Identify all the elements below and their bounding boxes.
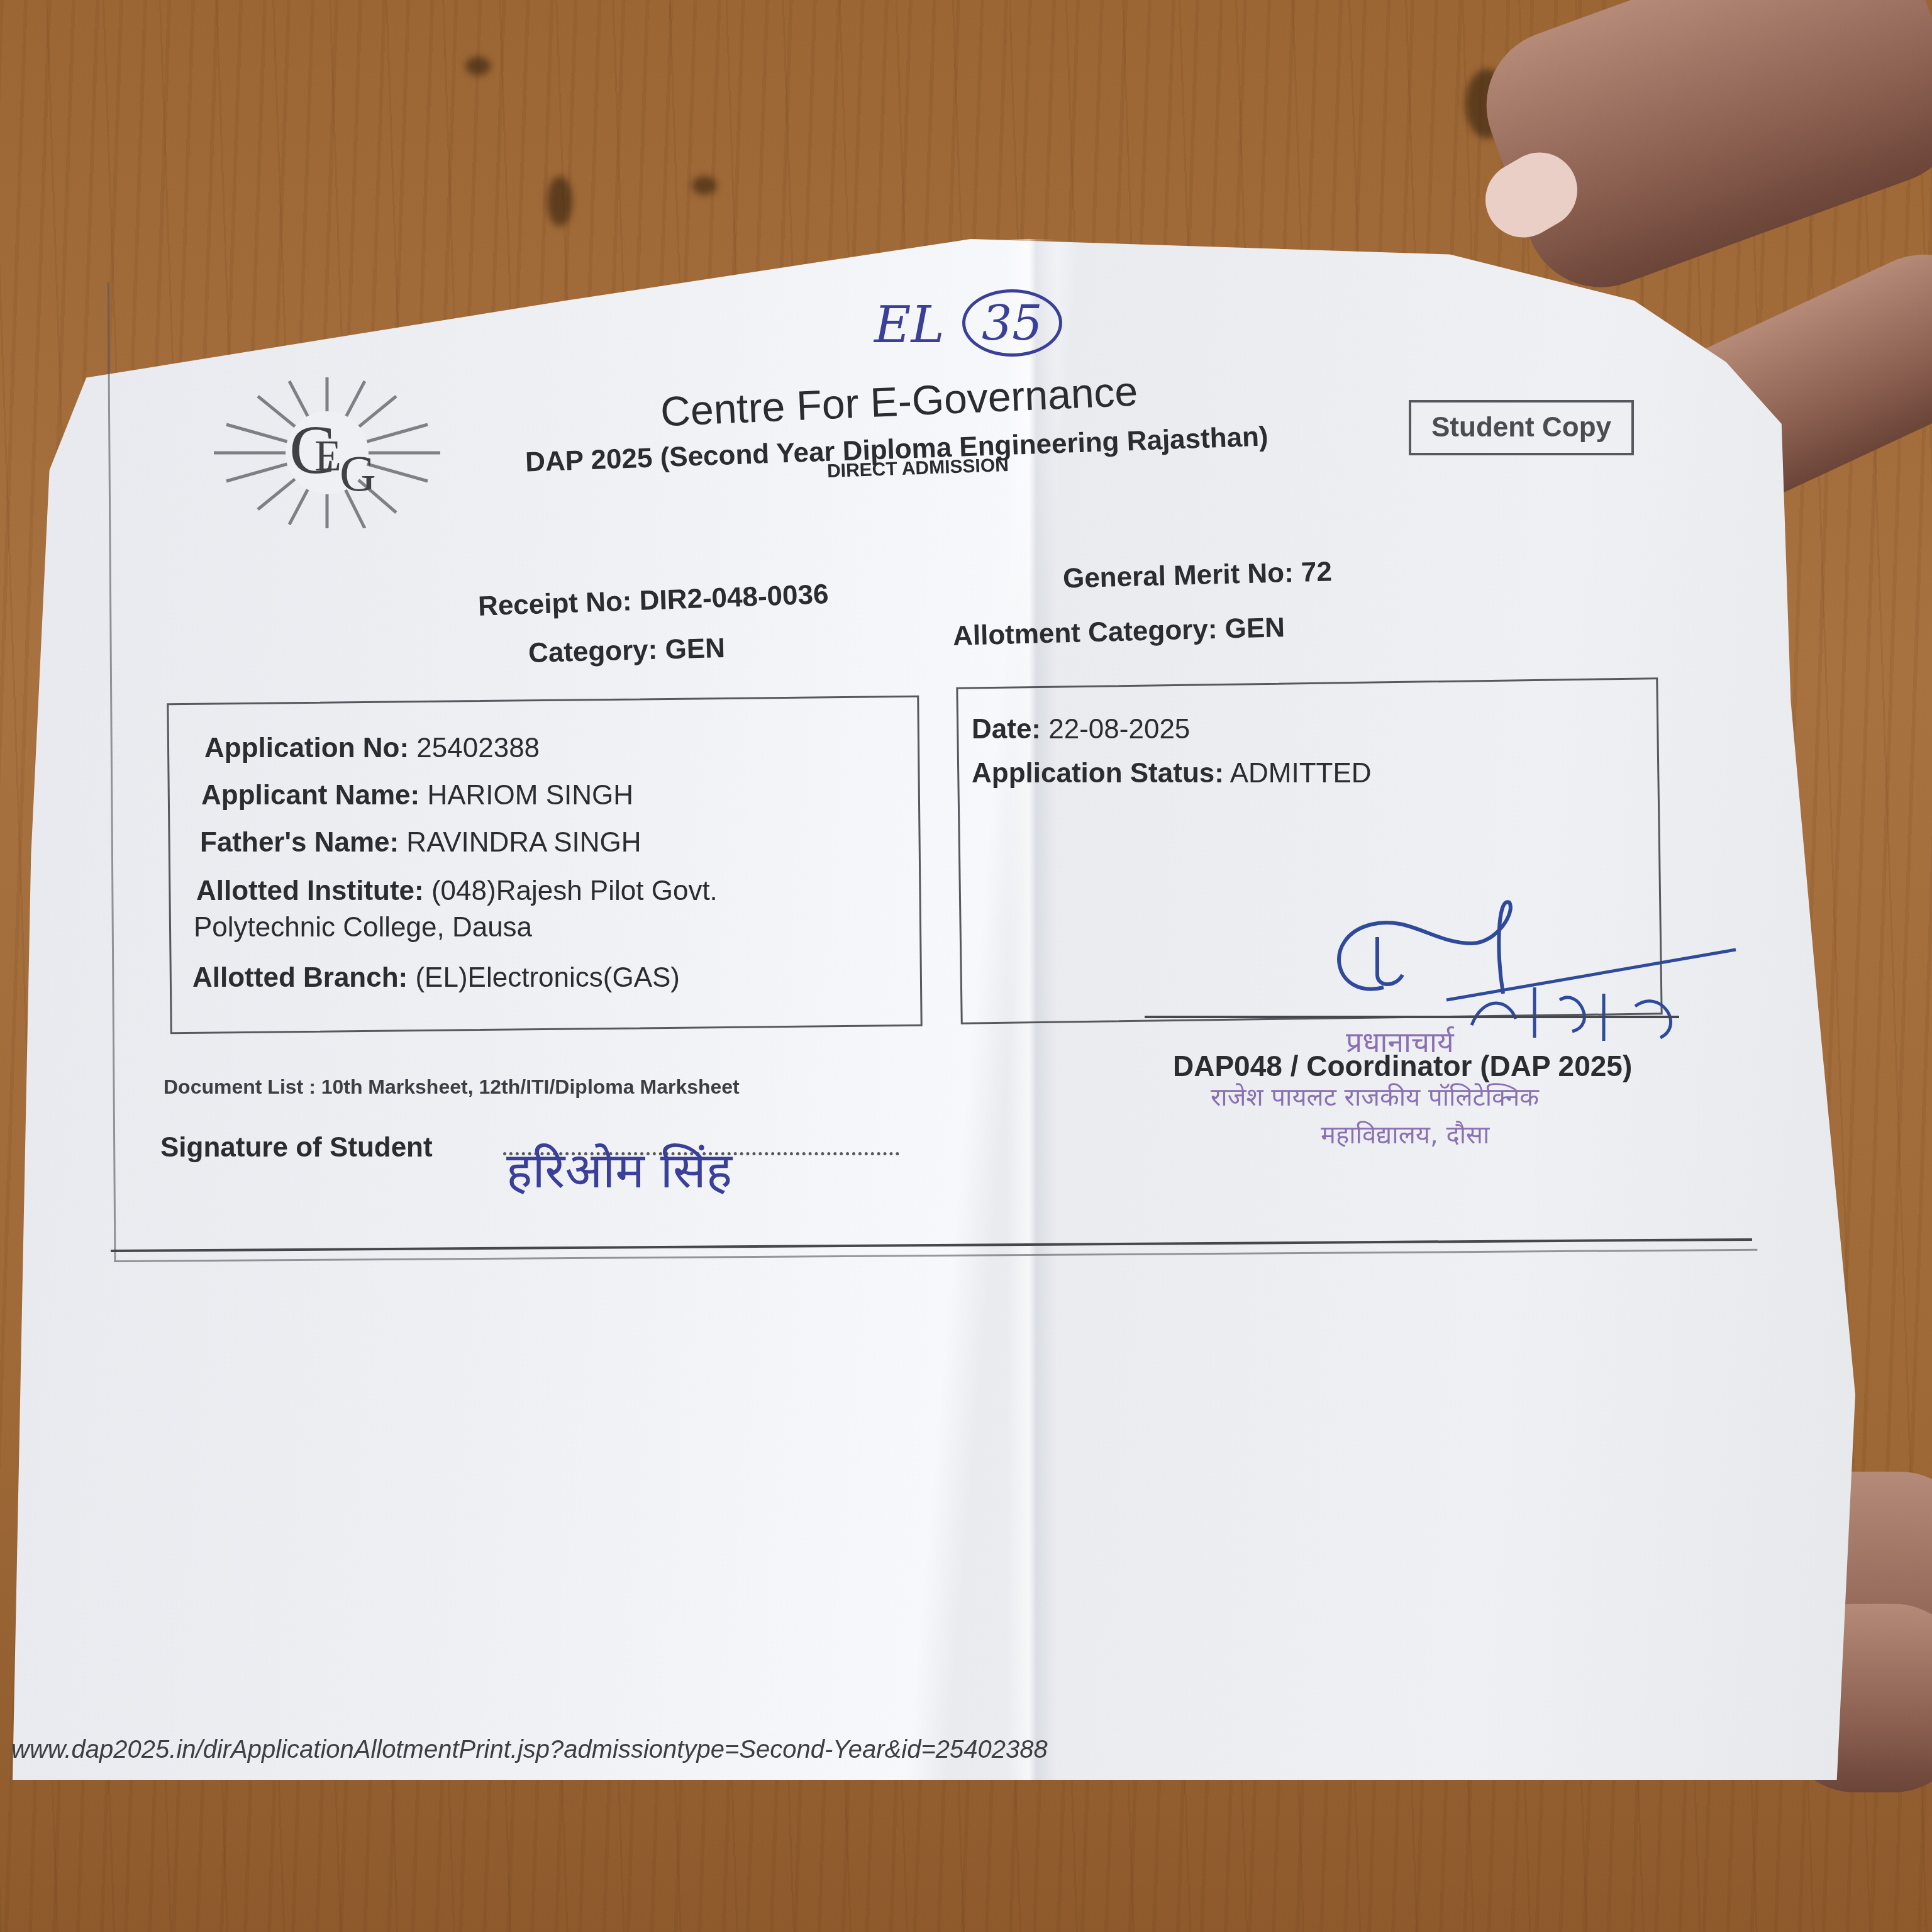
form-outer-border	[108, 271, 1758, 1262]
print-url: www.dap2025.in/dirApplicationAllotmentPr…	[11, 1736, 1048, 1764]
wood-knot	[465, 57, 491, 75]
wood-knot	[547, 176, 572, 226]
wood-knot	[692, 176, 717, 195]
